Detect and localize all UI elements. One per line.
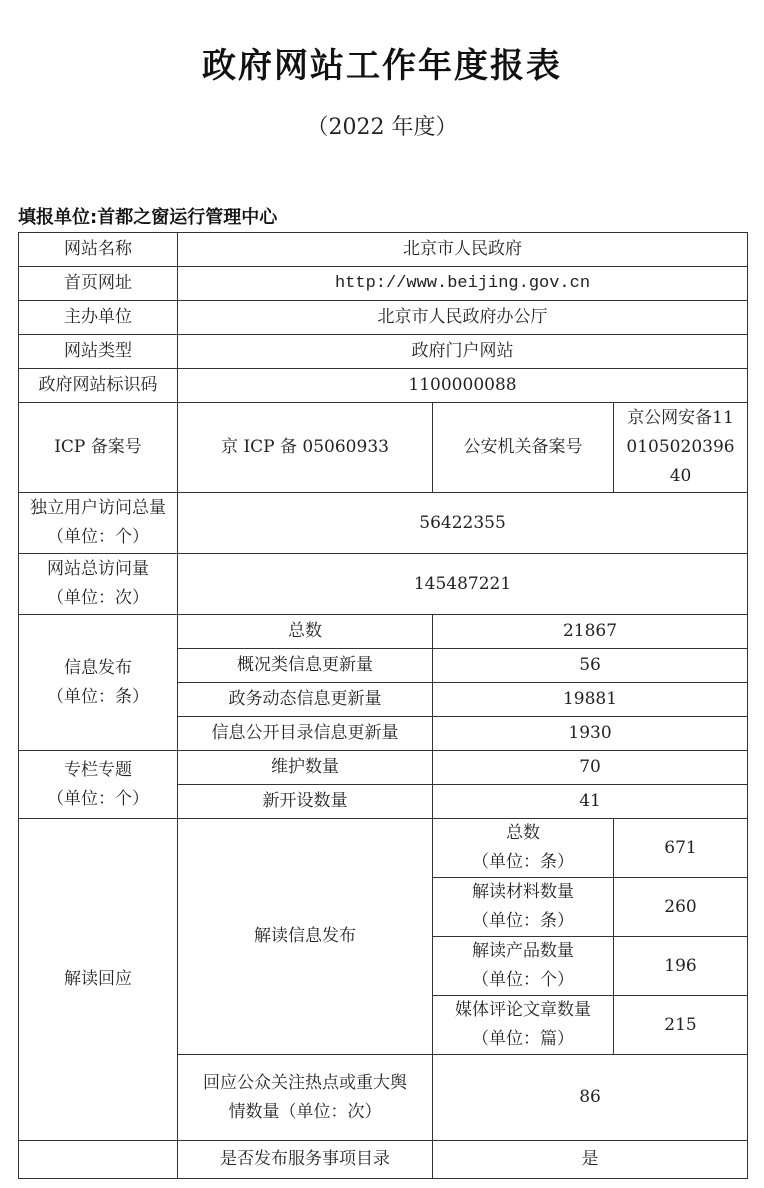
item-value: 70: [433, 751, 748, 785]
item-name: 解读产品数量: [437, 937, 609, 966]
response-label: 回应公众关注热点或重大舆情数量（单位：次）: [178, 1055, 433, 1141]
item-label: 总数 （单位：条）: [433, 819, 614, 878]
item-name: 解读材料数量: [437, 878, 609, 907]
table-row: 政府网站标识码 1100000088: [19, 369, 748, 403]
site-id-value: 1100000088: [178, 369, 748, 403]
response-value: 86: [433, 1055, 748, 1141]
item-unit: （单位：个）: [437, 966, 609, 995]
table-row: 网站总访问量（单位：次） 145487221: [19, 554, 748, 615]
table-row: 首页网址 http://www.beijing.gov.cn: [19, 267, 748, 301]
homepage-url-value: http://www.beijing.gov.cn: [178, 267, 748, 301]
row-label: 政府网站标识码: [19, 369, 178, 403]
table-row: 网站名称 北京市人民政府: [19, 233, 748, 267]
info-release-unit: （单位：条）: [23, 683, 173, 712]
table-row: 独立用户访问总量（单位：个） 56422355: [19, 493, 748, 554]
item-name: 媒体评论文章数量: [437, 996, 609, 1025]
site-type-value: 政府门户网站: [178, 335, 748, 369]
table-row: 是否发布服务事项目录 是: [19, 1141, 748, 1179]
item-label: 媒体评论文章数量 （单位：篇）: [433, 996, 614, 1055]
table-row: ICP 备案号 京 ICP 备 05060933 公安机关备案号 京公网安备11…: [19, 403, 748, 493]
item-unit: （单位：条）: [437, 848, 609, 877]
row-label: 网站总访问量（单位：次）: [19, 554, 178, 615]
item-unit: （单位：条）: [437, 907, 609, 936]
row-label: 独立用户访问总量（单位：个）: [19, 493, 178, 554]
service-catalog-value: 是: [433, 1141, 748, 1179]
item-value: 41: [433, 785, 748, 819]
interpretation-release-label: 解读信息发布: [178, 819, 433, 1055]
info-release-group: 信息发布 （单位：条）: [19, 615, 178, 751]
empty-cell: [19, 1141, 178, 1179]
item-value: 196: [614, 937, 748, 996]
icp-value: 京 ICP 备 05060933: [178, 403, 433, 493]
columns-group: 专栏专题 （单位：个）: [19, 751, 178, 819]
table-row: 解读回应 解读信息发布 总数 （单位：条） 671: [19, 819, 748, 878]
item-label: 解读材料数量 （单位：条）: [433, 878, 614, 937]
row-label: 主办单位: [19, 301, 178, 335]
info-release-label: 信息发布: [23, 654, 173, 683]
interpretation-label: 解读回应: [19, 819, 178, 1141]
table-row: 专栏专题 （单位：个） 维护数量 70: [19, 751, 748, 785]
row-label: 网站名称: [19, 233, 178, 267]
row-label: 首页网址: [19, 267, 178, 301]
site-name-value: 北京市人民政府: [178, 233, 748, 267]
police-record-label: 公安机关备案号: [433, 403, 614, 493]
item-name: 总数: [437, 819, 609, 848]
item-label: 总数: [178, 615, 433, 649]
service-catalog-label: 是否发布服务事项目录: [178, 1141, 433, 1179]
sponsor-value: 北京市人民政府办公厅: [178, 301, 748, 335]
total-visits-value: 145487221: [178, 554, 748, 615]
police-record-value: 京公网安备11010502039640: [614, 403, 748, 493]
table-row: 信息发布 （单位：条） 总数 21867: [19, 615, 748, 649]
item-value: 260: [614, 878, 748, 937]
report-year: （2022 年度）: [0, 110, 764, 141]
table-row: 网站类型 政府门户网站: [19, 335, 748, 369]
row-label: ICP 备案号: [19, 403, 178, 493]
reporting-unit: 填报单位:首都之窗运行管理中心: [18, 203, 277, 229]
item-label: 政务动态信息更新量: [178, 683, 433, 717]
item-value: 1930: [433, 717, 748, 751]
page-title: 政府网站工作年度报表: [0, 38, 764, 87]
item-unit: （单位：篇）: [437, 1025, 609, 1054]
item-value: 56: [433, 649, 748, 683]
report-table: 网站名称 北京市人民政府 首页网址 http://www.beijing.gov…: [18, 232, 748, 1179]
table-row: 主办单位 北京市人民政府办公厅: [19, 301, 748, 335]
item-value: 19881: [433, 683, 748, 717]
row-label: 网站类型: [19, 335, 178, 369]
item-value: 215: [614, 996, 748, 1055]
unique-visitors-value: 56422355: [178, 493, 748, 554]
item-label: 概况类信息更新量: [178, 649, 433, 683]
item-label: 信息公开目录信息更新量: [178, 717, 433, 751]
item-value: 671: [614, 819, 748, 878]
item-value: 21867: [433, 615, 748, 649]
item-label: 新开设数量: [178, 785, 433, 819]
item-label: 解读产品数量 （单位：个）: [433, 937, 614, 996]
columns-unit: （单位：个）: [23, 785, 173, 814]
item-label: 维护数量: [178, 751, 433, 785]
columns-label: 专栏专题: [23, 756, 173, 785]
